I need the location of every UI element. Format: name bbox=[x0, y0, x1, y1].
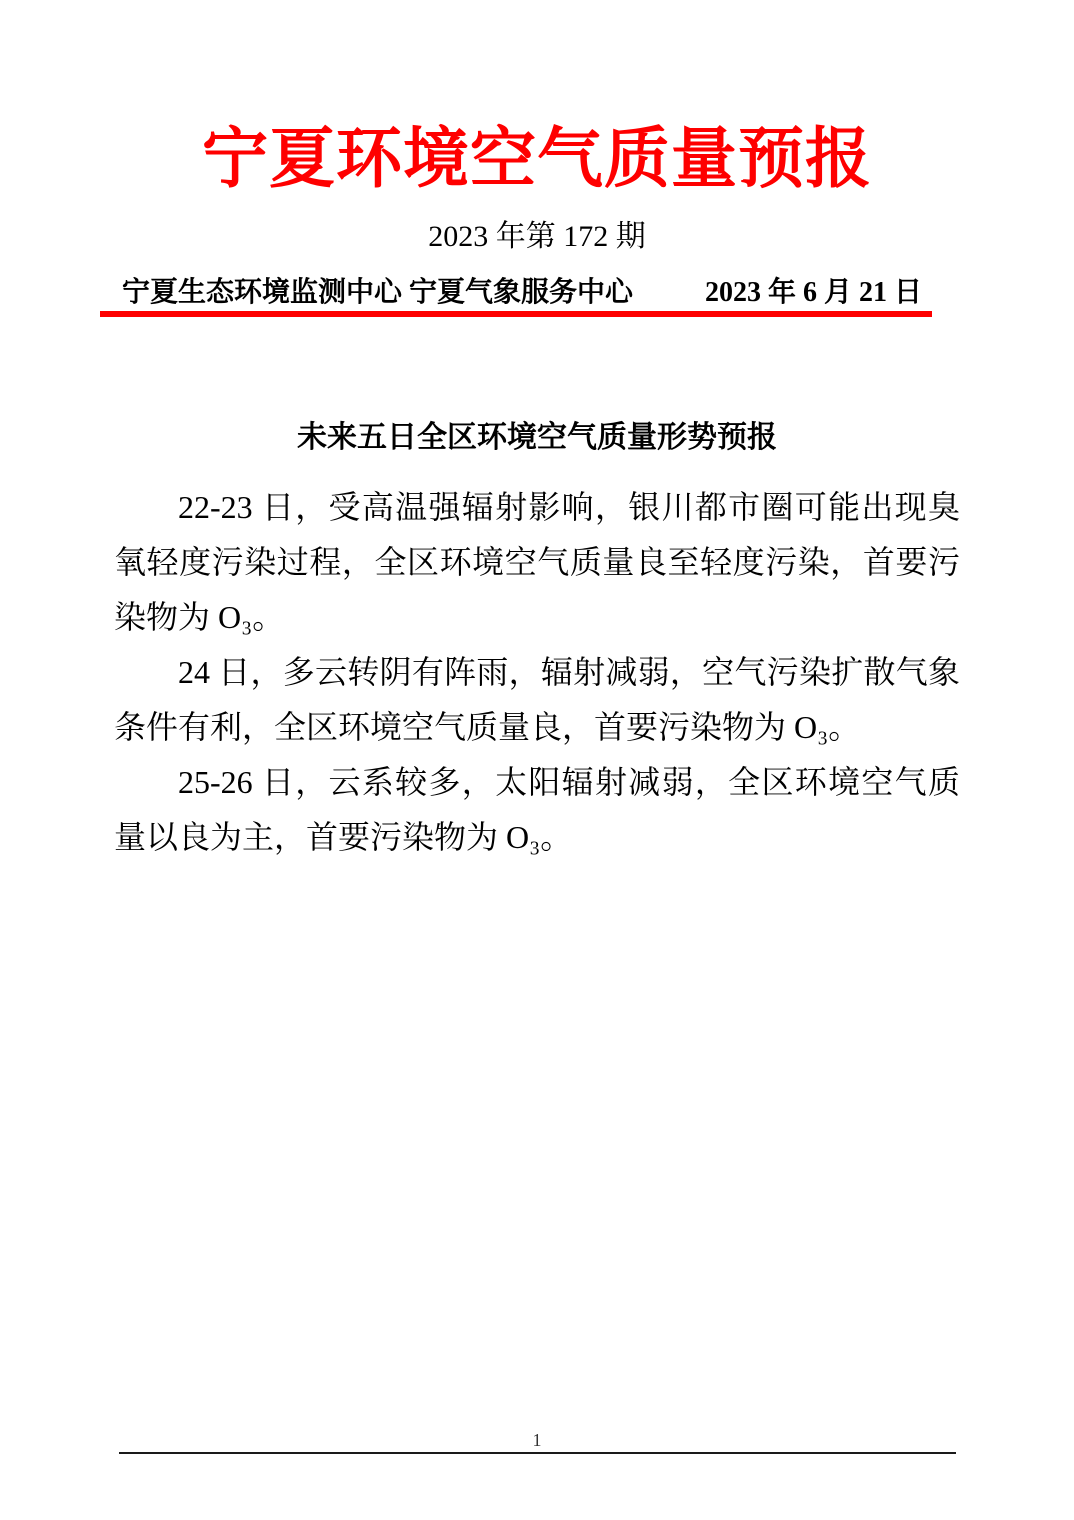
forecast-paragraph-days-25-26: 25-26 日，云系较多，太阳辐射减弱，全区环境空气质量以良为主，首要污染物为 … bbox=[114, 755, 960, 865]
forecast-paragraph-days-22-23: 22-23 日，受高温强辐射影响，银川都市圈可能出现臭氧轻度污染过程，全区环境空… bbox=[114, 480, 960, 645]
forecast-paragraph-day-24: 24 日，多云转阴有阵雨，辐射减弱，空气污染扩散气象条件有利，全区环境空气质量良… bbox=[114, 645, 960, 755]
issue-date: 2023 年 6 月 21 日 bbox=[705, 277, 922, 309]
header-divider-line bbox=[100, 311, 932, 317]
document-title: 宁夏环境空气质量预报 bbox=[0, 118, 1074, 202]
page-number: 1 bbox=[0, 1428, 1074, 1452]
forecast-body: 22-23 日，受高温强辐射影响，银川都市圈可能出现臭氧轻度污染过程，全区环境空… bbox=[114, 480, 960, 865]
masthead: 宁夏生态环境监测中心 宁夏气象服务中心 2023 年 6 月 21 日 bbox=[100, 277, 932, 309]
footer-divider-line bbox=[119, 1452, 956, 1454]
issuing-agencies: 宁夏生态环境监测中心 宁夏气象服务中心 bbox=[122, 277, 633, 309]
document-page: 宁夏环境空气质量预报 2023 年第 172 期 宁夏生态环境监测中心 宁夏气象… bbox=[0, 0, 1074, 1520]
section-title: 未来五日全区环境空气质量形势预报 bbox=[0, 418, 1074, 458]
issue-number: 2023 年第 172 期 bbox=[0, 218, 1074, 256]
